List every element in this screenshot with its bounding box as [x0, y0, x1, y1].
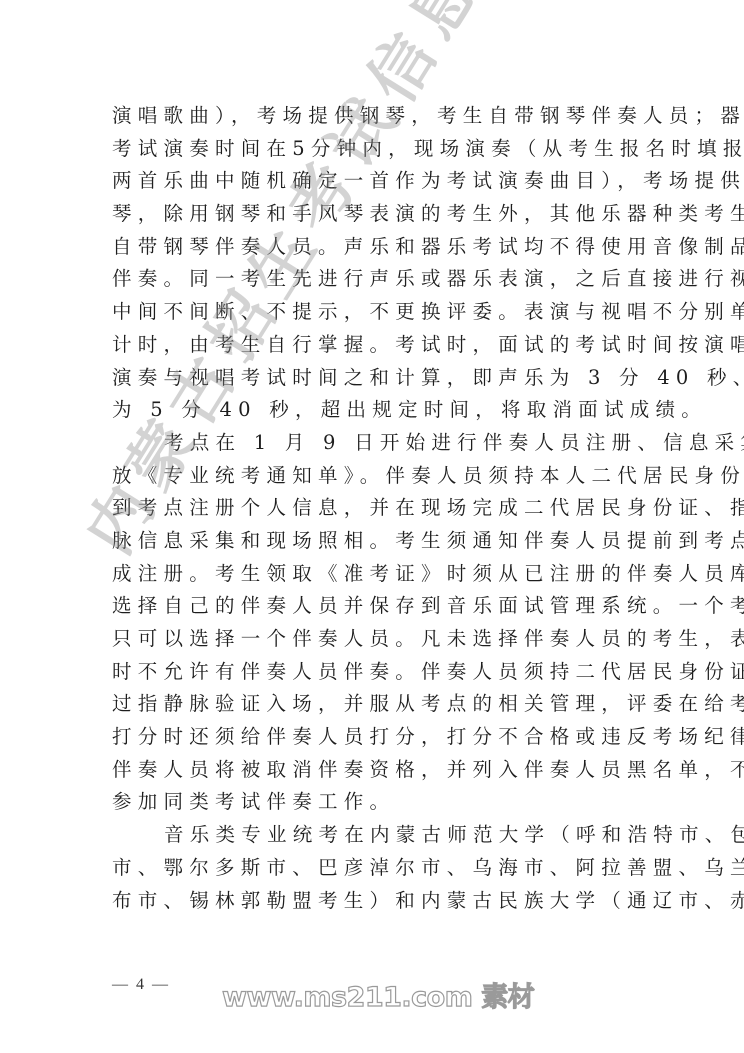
- text-line: 自带钢琴伴奏人员。声乐和器乐考试均不得使用音像制品作: [112, 231, 642, 264]
- text-line: 市、鄂尔多斯市、巴彦淖尔市、乌海市、阿拉善盟、乌兰察: [112, 852, 642, 885]
- text-line: 脉信息采集和现场照相。考生须通知伴奏人员提前到考点完: [112, 525, 642, 558]
- document-page: 演唱歌曲），考场提供钢琴，考生自带钢琴伴奏人员；器乐 考试演奏时间在5分钟内，现…: [0, 0, 744, 1053]
- site-watermark: www.ms211.com 素材: [222, 975, 534, 1014]
- text-line: 伴奏人员将被取消伴奏资格，并列入伴奏人员黑名单，不得: [112, 754, 642, 787]
- text-line: 只可以选择一个伴奏人员。凡未选择伴奏人员的考生，表演: [112, 623, 642, 656]
- text-line: 布市、锡林郭勒盟考生）和内蒙古民族大学（通辽市、赤峰: [112, 885, 642, 918]
- text-line: 放《专业统考通知单》。伴奏人员须持本人二代居民身份证: [112, 460, 642, 493]
- paragraph-start-line: 音乐类专业统考在内蒙古师范大学（呼和浩特市、包头: [112, 819, 642, 852]
- text-line: 中间不间断、不提示，不更换评委。表演与视唱不分别单独: [112, 296, 642, 329]
- text-line: 伴奏。同一考生先进行声乐或器乐表演，之后直接进行视唱，: [112, 263, 642, 296]
- text-line: 过指静脉验证入场，并服从考点的相关管理，评委在给考生: [112, 688, 642, 721]
- text-line: 两首乐曲中随机确定一首作为考试演奏曲目），考场提供钢: [112, 165, 642, 198]
- page-number: — 4 —: [112, 976, 170, 994]
- paragraph-start-line: 考点在 1 月 9 日开始进行伴奏人员注册、信息采集和发: [112, 427, 642, 460]
- text-line: 考试演奏时间在5分钟内，现场演奏（从考生报名时填报的: [112, 133, 642, 166]
- text-line: 参加同类考试伴奏工作。: [112, 786, 642, 819]
- document-body: 演唱歌曲），考场提供钢琴，考生自带钢琴伴奏人员；器乐 考试演奏时间在5分钟内，现…: [112, 100, 642, 917]
- text-line: 到考点注册个人信息，并在现场完成二代居民身份证、指静: [112, 492, 642, 525]
- text-line: 琴，除用钢琴和手风琴表演的考生外，其他乐器种类考生可: [112, 198, 642, 231]
- text-line: 演奏与视唱考试时间之和计算，即声乐为 3 分 40 秒、器乐: [112, 362, 642, 395]
- text-line: 演唱歌曲），考场提供钢琴，考生自带钢琴伴奏人员；器乐: [112, 100, 642, 133]
- text-line: 选择自己的伴奏人员并保存到音乐面试管理系统。一个考生: [112, 590, 642, 623]
- text-line: 成注册。考生领取《准考证》时须从已注册的伴奏人员库中: [112, 558, 642, 591]
- text-line: 打分时还须给伴奏人员打分，打分不合格或违反考场纪律的: [112, 721, 642, 754]
- text-line: 为 5 分 40 秒，超出规定时间，将取消面试成绩。: [112, 394, 642, 427]
- text-line: 时不允许有伴奏人员伴奏。伴奏人员须持二代居民身份证通: [112, 656, 642, 689]
- text-line: 计时，由考生自行掌握。考试时，面试的考试时间按演唱或: [112, 329, 642, 362]
